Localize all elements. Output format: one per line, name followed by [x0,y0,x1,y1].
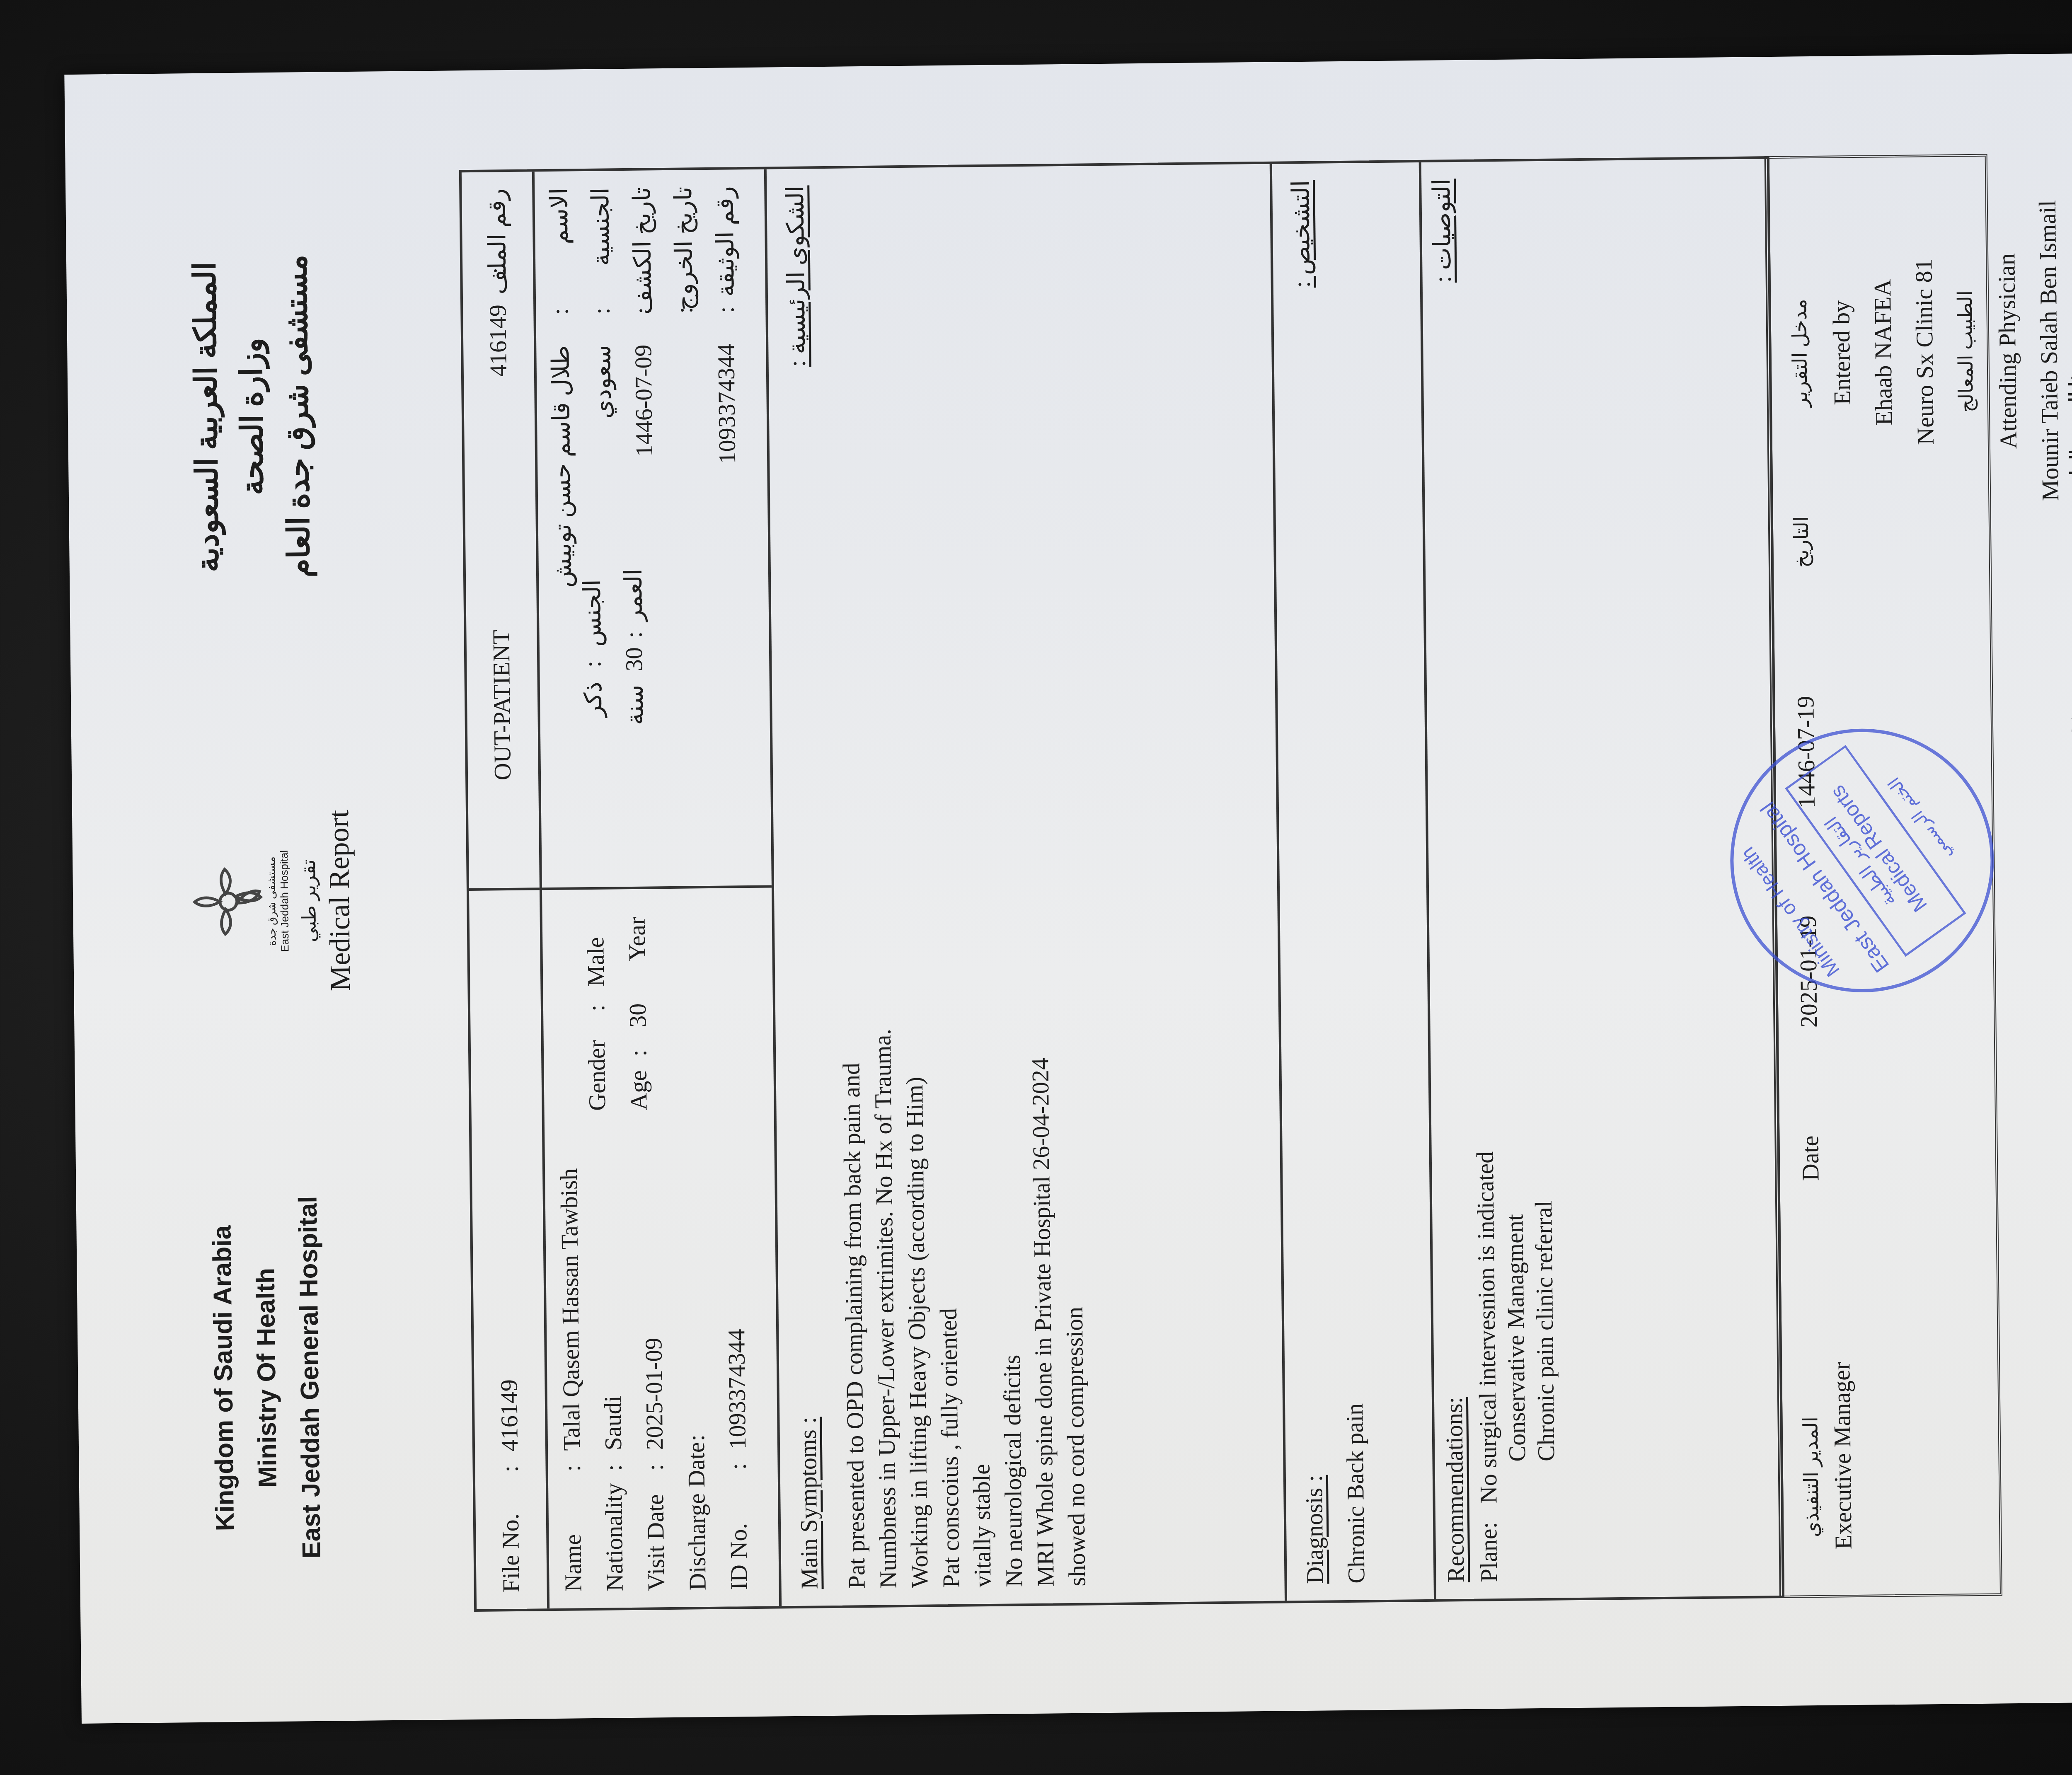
header-arabic: المملكة العربية السعودية وزارة الصحة مست… [182,209,323,624]
diagnosis-text: Chronic Back pain [1341,1403,1370,1584]
recommendations-title-ar: التوصيات : [1427,179,1457,283]
entered-by-name: Ehaab NAFEA [1861,166,1906,539]
header-country: Kingdom of Saudi Arabia [200,1171,247,1586]
header-english: Kingdom of Saudi Arabia Ministry Of Heal… [200,1170,334,1586]
logo-text-en: East Jeddah Hospital [277,810,292,992]
report-form: File No. : 416149 OUT-PATIENT 416149 : ر… [459,156,1784,1612]
diagnosis-title-ar: التشخيص : [1286,180,1316,288]
discharge-date-label: Discharge Date [682,1442,712,1591]
visit-date-value: 2025-01-09 [639,1337,668,1450]
name-label: Name [559,1534,587,1592]
logo-text-ar: مستشفى شرق جدة [265,810,279,992]
plan-lines: No surgical intervesnion is indicated Co… [1471,1151,1561,1504]
symptom-line: Pat presented to OPD complaining from ba… [835,1029,873,1589]
discharge-date-label-ar: تاريخ الخروج [669,186,698,310]
file-no-label: File No. [496,1514,525,1593]
patient-type: OUT-PATIENT [487,630,516,781]
nationality-value-ar: سعودي [588,345,617,418]
id-value: 1093374344 [722,1329,751,1449]
age-label-ar: العمر [619,568,648,621]
file-no-value: 416149 [495,1379,523,1452]
plan-line: Conservative Managment [1500,1151,1532,1503]
symptom-line: Working in lifting Heavy Objects (accord… [898,1028,936,1588]
plan-line: No surgical intervesnion is indicated [1471,1151,1503,1504]
header-ministry-ar: وزارة الصحة [228,209,277,624]
report-title-ar: تقرير طبي [297,810,321,992]
symptom-line: Numbness in Upper-/Lower extrimites. No … [867,1029,904,1589]
name-value-ar: طلال قاسم حسن توبيش [546,345,577,588]
visit-date-label: Visit Date [641,1494,670,1591]
visit-date-label-ar: تاريخ الكشف [627,187,657,314]
name-value: Talal Qasem Hassan Tawbish [555,1168,586,1451]
visit-date-hijri: 1446-07-09 [629,344,658,457]
diagnosis-title: Diagnosis : [1300,1475,1329,1584]
hospital-flower-logo-icon [193,866,264,937]
age-unit: Year [623,917,651,962]
date-label: Date [1796,1135,1824,1181]
age-unit-ar: سنة [620,684,649,725]
symptom-line: MRI Whole spine done in Private Hospital… [1024,1027,1062,1587]
attending-physician-label: Attending Physician [1985,164,2030,538]
symptom-line: No neurological deficits [993,1028,1030,1587]
entered-by-label: Entered by [1819,166,1864,539]
id-value-ar: 1093374344 [712,343,741,464]
symptom-line: vitally stable [961,1028,999,1587]
demographics-row: Name : Talal Qasem Hassan Tawbish Nation… [532,169,782,1608]
report-header: Kingdom of Saudi Arabia Ministry Of Heal… [135,70,492,1723]
symptoms-title-ar: الشكوى الرئيسية : [781,185,811,367]
entered-attending-block: مدخل التقرير Entered by Ehaab NAFEA Neur… [1778,164,2072,540]
executive-manager-ar: المدير التنفيذي [1799,1417,1823,1538]
gender-label: Gender [583,1040,611,1111]
gender-value-ar: ذكر [579,682,608,717]
nationality-value: Saudi [599,1395,627,1451]
nationality-label: Nationality [600,1483,629,1591]
plan-label: Plane: [1474,1522,1503,1582]
symptoms-section: Main Symptoms : الشكوى الرئيسية : Pat pr… [764,164,1287,1606]
file-no-label-ar: رقم الملف [482,189,512,295]
medical-report-page: Kingdom of Saudi Arabia Ministry Of Heal… [64,51,2072,1724]
age-value: 30 [624,1003,652,1028]
diagnosis-section: Diagnosis : التشخيص : Chronic Back pain [1270,162,1436,1601]
recommendations-title: Recommendations: [1440,1397,1470,1582]
age-label: Age [625,1070,653,1110]
attending-physician-ar: الطبيب المعالج [1944,165,1989,538]
clinic-name: Neuro Sx Clinic 81 [1902,165,1947,539]
symptoms-lines: Pat presented to OPD complaining from ba… [835,1027,1093,1589]
header-hospital-ar: مستشفى شرق جدة العام [273,209,323,624]
executive-manager: Executive Manager [1828,1362,1857,1550]
age-value-ar: 30 [620,647,648,672]
symptom-line: Pat conscoius , fully oriented [930,1028,967,1588]
id-label: ID No. [724,1523,753,1590]
recommendations-section: Recommendations: التوصيات : Plane: No su… [1419,161,1571,1599]
entered-by-ar: مدخل التقرير [1778,167,1823,540]
header-country-ar: المملكة العربية السعودية [182,210,232,624]
symptoms-title: Main Symptoms : [794,1417,823,1589]
nationality-label-ar: الجنسية [586,187,615,266]
hospital-logo: مستشفى شرق جدة East Jeddah Hospital تقري… [192,809,358,993]
gender-label-ar: الجنس [578,579,607,647]
symptom-line: showed no cord compression [1056,1027,1093,1586]
header-hospital: East Jeddah General Hospital [286,1170,334,1585]
file-no-value-ar: 416149 [484,305,512,377]
plan-line: Chronic pain clinic referral [1529,1151,1561,1503]
header-ministry: Ministry Of Health [243,1170,290,1585]
report-title: Medical Report [322,809,358,992]
name-label-ar: الاسم [545,188,573,244]
id-label-ar: رقم الوثيقة [710,186,740,297]
gender-value: Male [581,937,610,987]
